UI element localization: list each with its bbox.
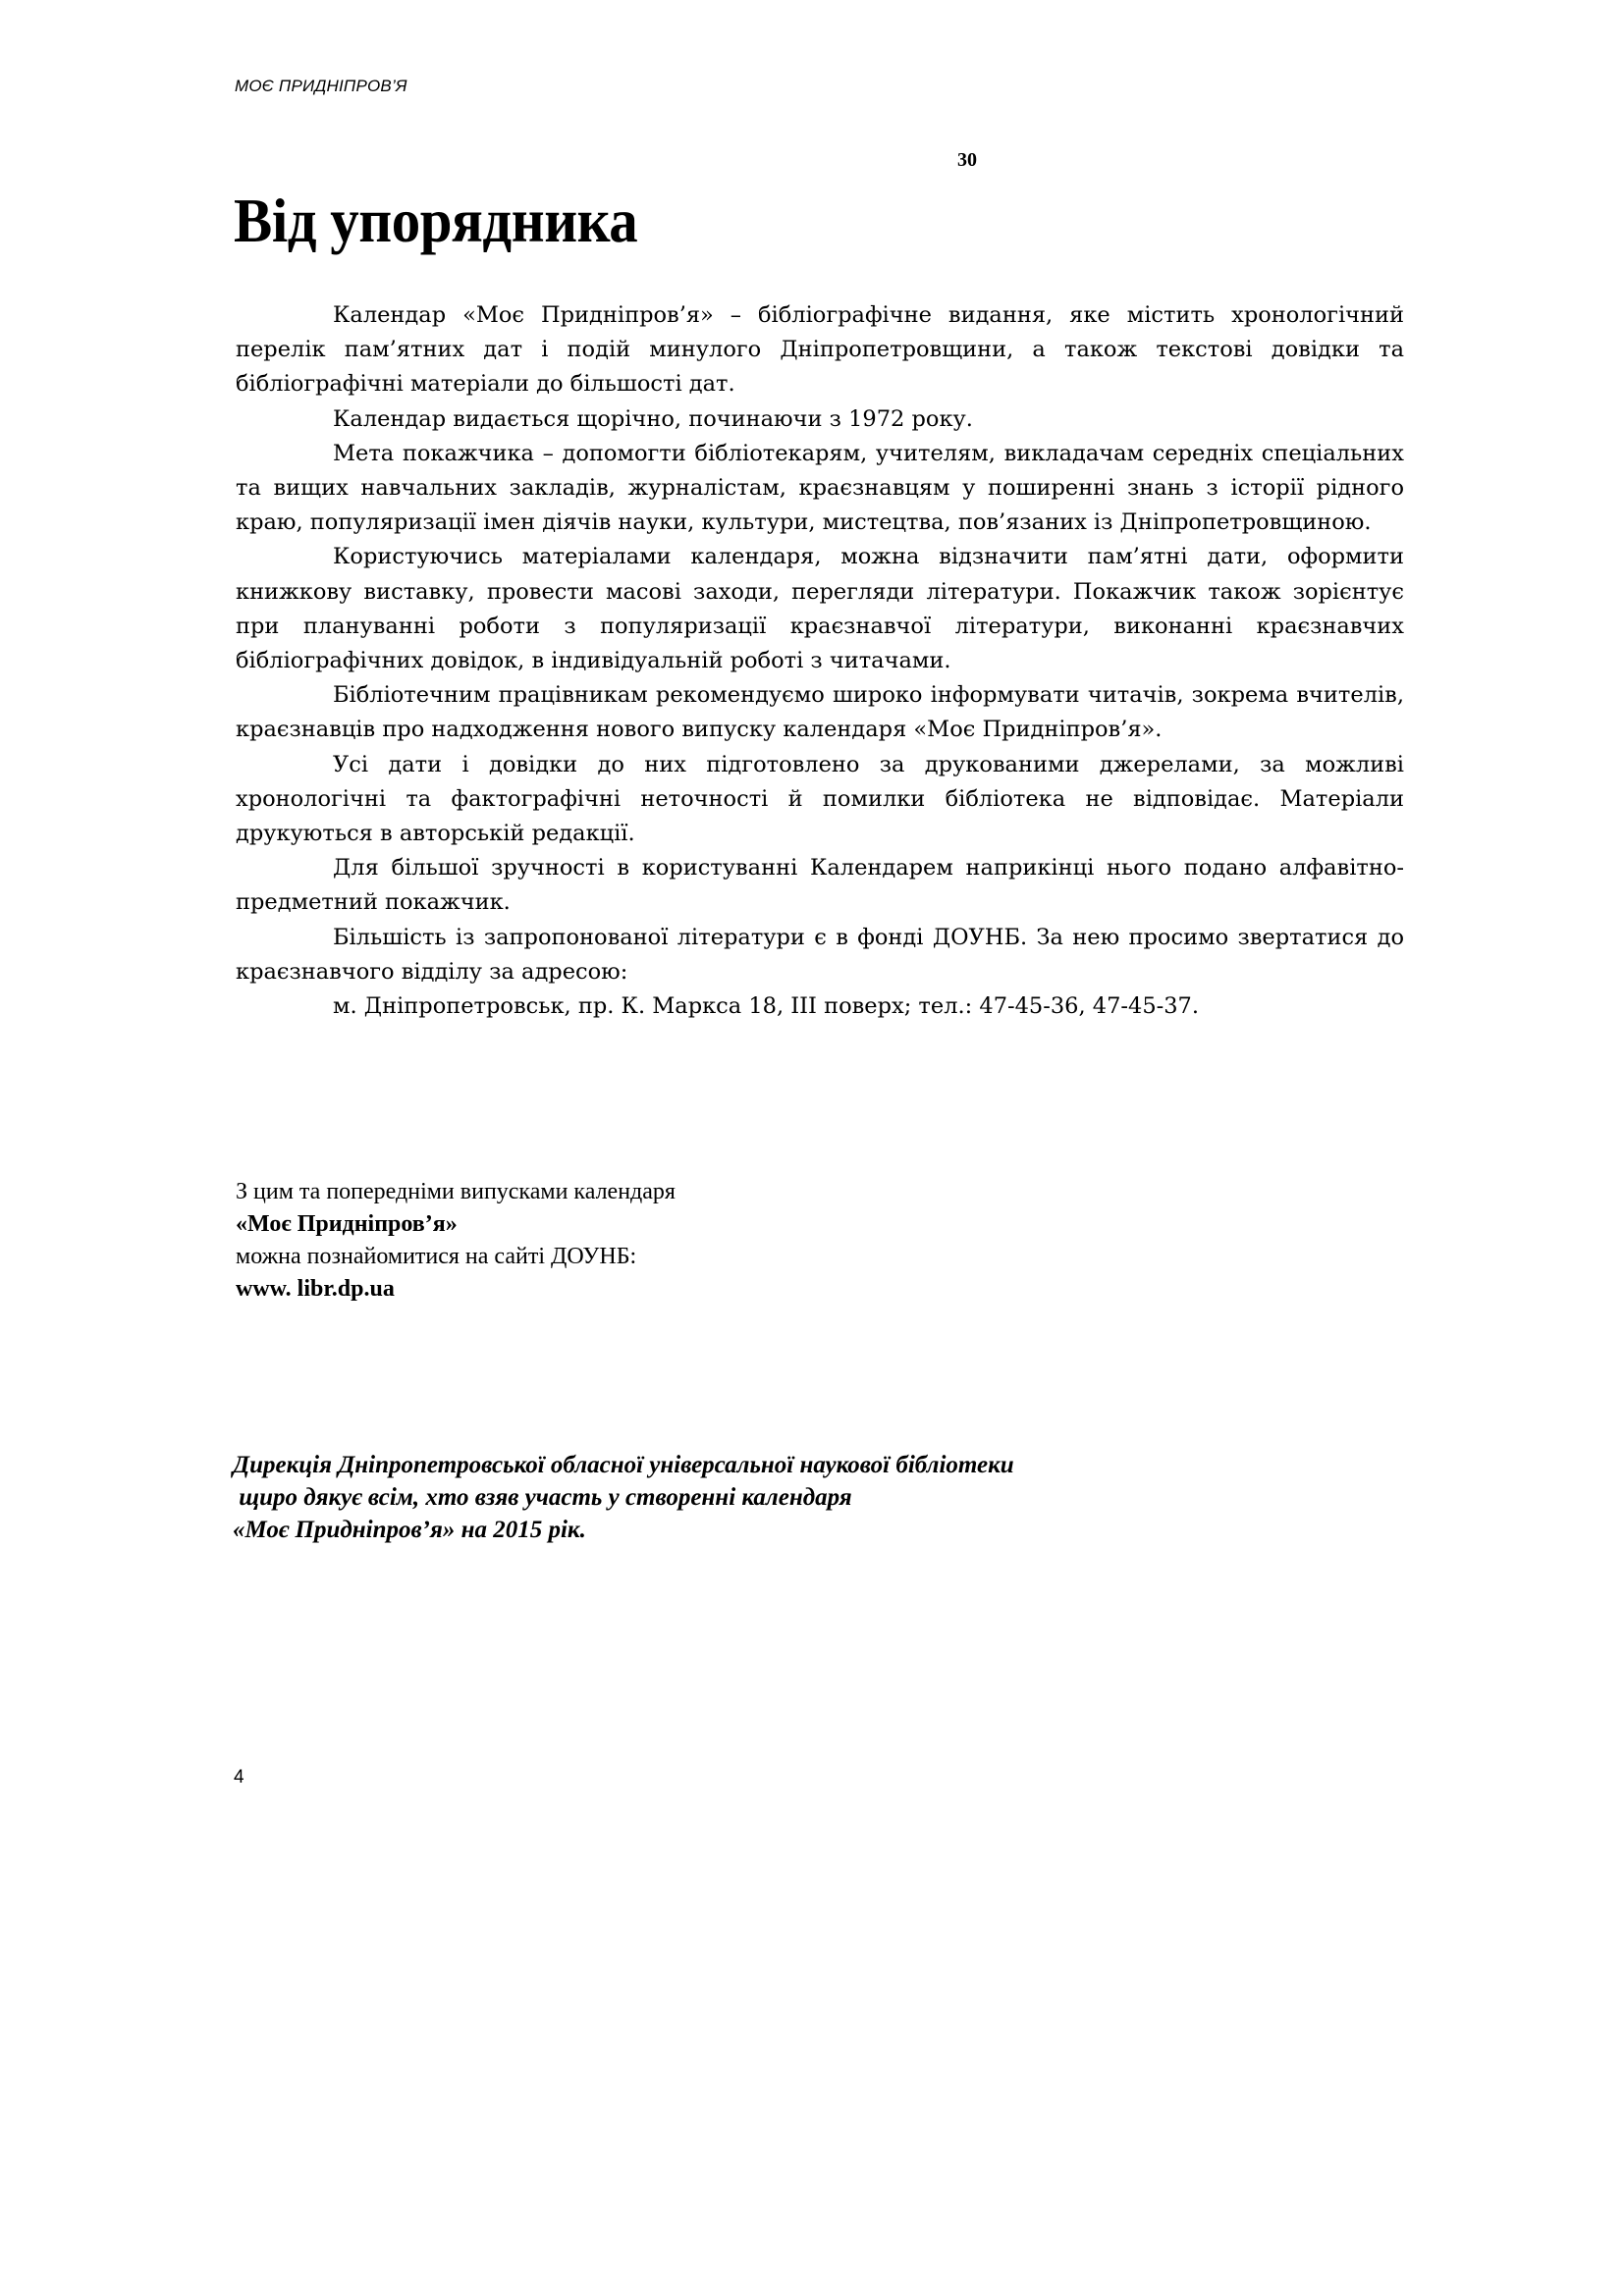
page-number: 4 bbox=[234, 1767, 244, 1789]
paragraph-address: м. Дніпропетровськ, пр. К. Маркса 18, II… bbox=[236, 989, 1404, 1024]
paragraph-disclaimer: Усі дати і довідки до них підготовлено з… bbox=[236, 748, 1404, 852]
acknowledgement-line: «Моє Придніпров’я» на 2015 рік. bbox=[233, 1514, 1014, 1546]
paragraph-usage: Користуючись матеріалами календаря, можн… bbox=[236, 540, 1404, 678]
paragraph-description: Календар «Моє Придніпров’я» – бібліограф… bbox=[236, 298, 1404, 402]
site-note-line: З цим та попередніми випусками календаря bbox=[236, 1176, 676, 1208]
paragraph-recommendation: Бібліотечним працівникам рекомендуємо ши… bbox=[236, 678, 1404, 747]
page-title: Від упорядника bbox=[234, 182, 637, 260]
site-note-line: можна познайомитися на сайті ДОУНБ: bbox=[236, 1241, 676, 1273]
calendar-name: «Моє Придніпров’я» bbox=[236, 1208, 676, 1241]
acknowledgement-line: щиро дякує всім, хто взяв участь у створ… bbox=[233, 1481, 1014, 1514]
paragraph-purpose: Мета покажчика – допомогти бібліотекарям… bbox=[236, 437, 1404, 541]
acknowledgement: Дирекція Дніпропетровської обласної унів… bbox=[233, 1449, 1014, 1546]
website-link[interactable]: www. libr.dp.ua bbox=[236, 1273, 676, 1306]
body-text: Календар «Моє Придніпров’я» – бібліограф… bbox=[236, 298, 1404, 1024]
paragraph-index-note: Для більшої зручності в користуванні Кал… bbox=[236, 851, 1404, 920]
paragraph-contact: Більшість із запропонованої літератури є… bbox=[236, 921, 1404, 989]
running-header: МОЄ ПРИДНІПРОВ’Я bbox=[235, 77, 407, 96]
paragraph-publication-year: Календар видається щорічно, починаючи з … bbox=[236, 402, 1404, 437]
site-note: З цим та попередніми випусками календаря… bbox=[236, 1176, 676, 1306]
page-marker: 30 bbox=[957, 149, 977, 172]
acknowledgement-line: Дирекція Дніпропетровської обласної унів… bbox=[233, 1449, 1014, 1481]
